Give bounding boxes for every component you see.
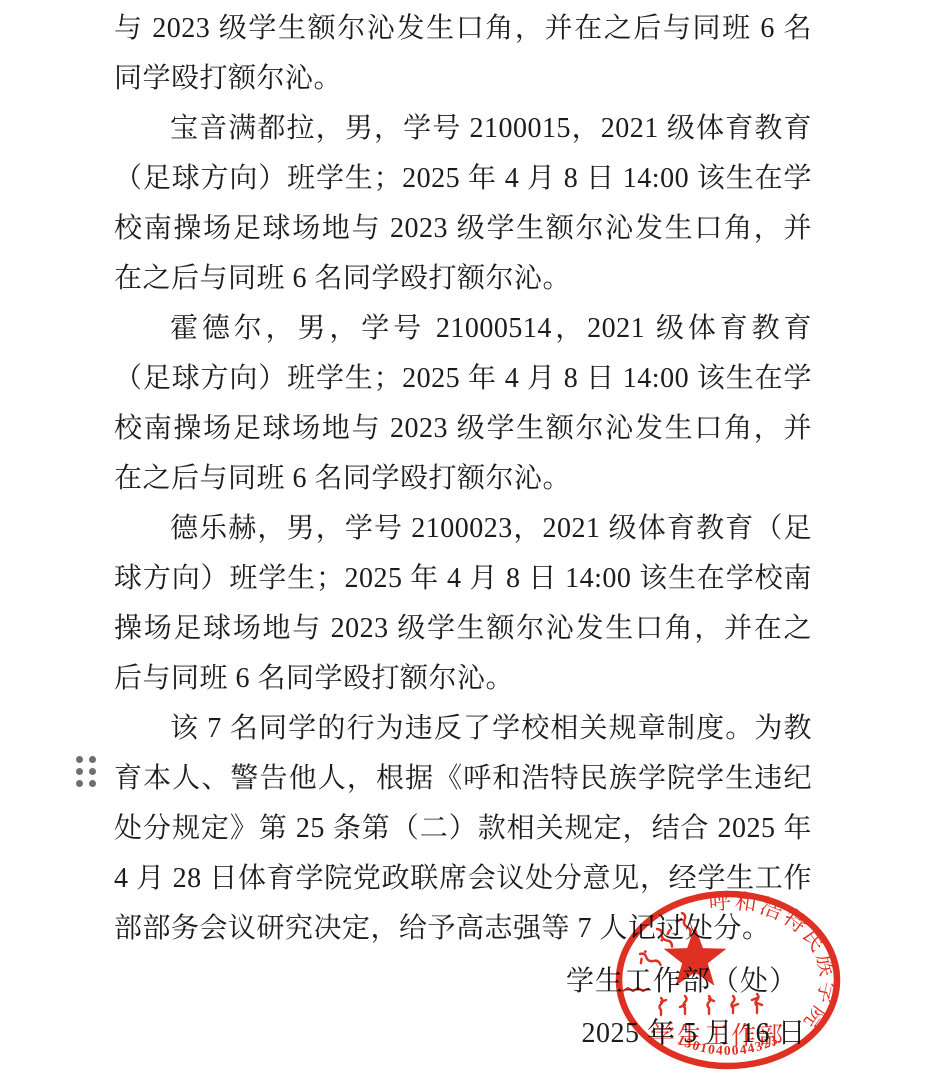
- drag-handle-dot: [76, 780, 83, 787]
- document-body: 与 2023 级学生额尔沁发生口角，并在之后与同班 6 名同学殴打额尔沁。 宝音…: [114, 4, 812, 1060]
- paragraph-student-baoyinmandula: 宝音满都拉，男，学号 2100015，2021 级体育教育（足球方向）班学生；2…: [114, 104, 812, 304]
- paragraph-student-delehe: 德乐赫，男，学号 2100023，2021 级体育教育（足球方向）班学生；202…: [114, 504, 812, 704]
- drag-handle-dot: [89, 768, 96, 775]
- paragraph-student-huodeer: 霍德尔，男，学号 21000514，2021 级体育教育（足球方向）班学生；20…: [114, 304, 812, 504]
- signature-department: 学生工作部（处）: [114, 956, 812, 1008]
- signature-date: 2025 年 5 月 16 日: [114, 1008, 812, 1060]
- paragraph-continuation: 与 2023 级学生额尔沁发生口角，并在之后与同班 6 名同学殴打额尔沁。: [114, 4, 812, 104]
- signature-block: 学生工作部（处） 2025 年 5 月 16 日: [114, 956, 812, 1060]
- drag-handle-dot: [76, 756, 83, 763]
- drag-handle-dot: [76, 768, 83, 775]
- drag-handle-dot: [89, 780, 96, 787]
- drag-handle-dot: [89, 756, 96, 763]
- paragraph-decision: 该 7 名同学的行为违反了学校相关规章制度。为教育本人、警告他人，根据《呼和浩特…: [114, 704, 812, 954]
- drag-handle[interactable]: [76, 756, 96, 787]
- document-page: 与 2023 级学生额尔沁发生口角，并在之后与同班 6 名同学殴打额尔沁。 宝音…: [0, 0, 936, 1086]
